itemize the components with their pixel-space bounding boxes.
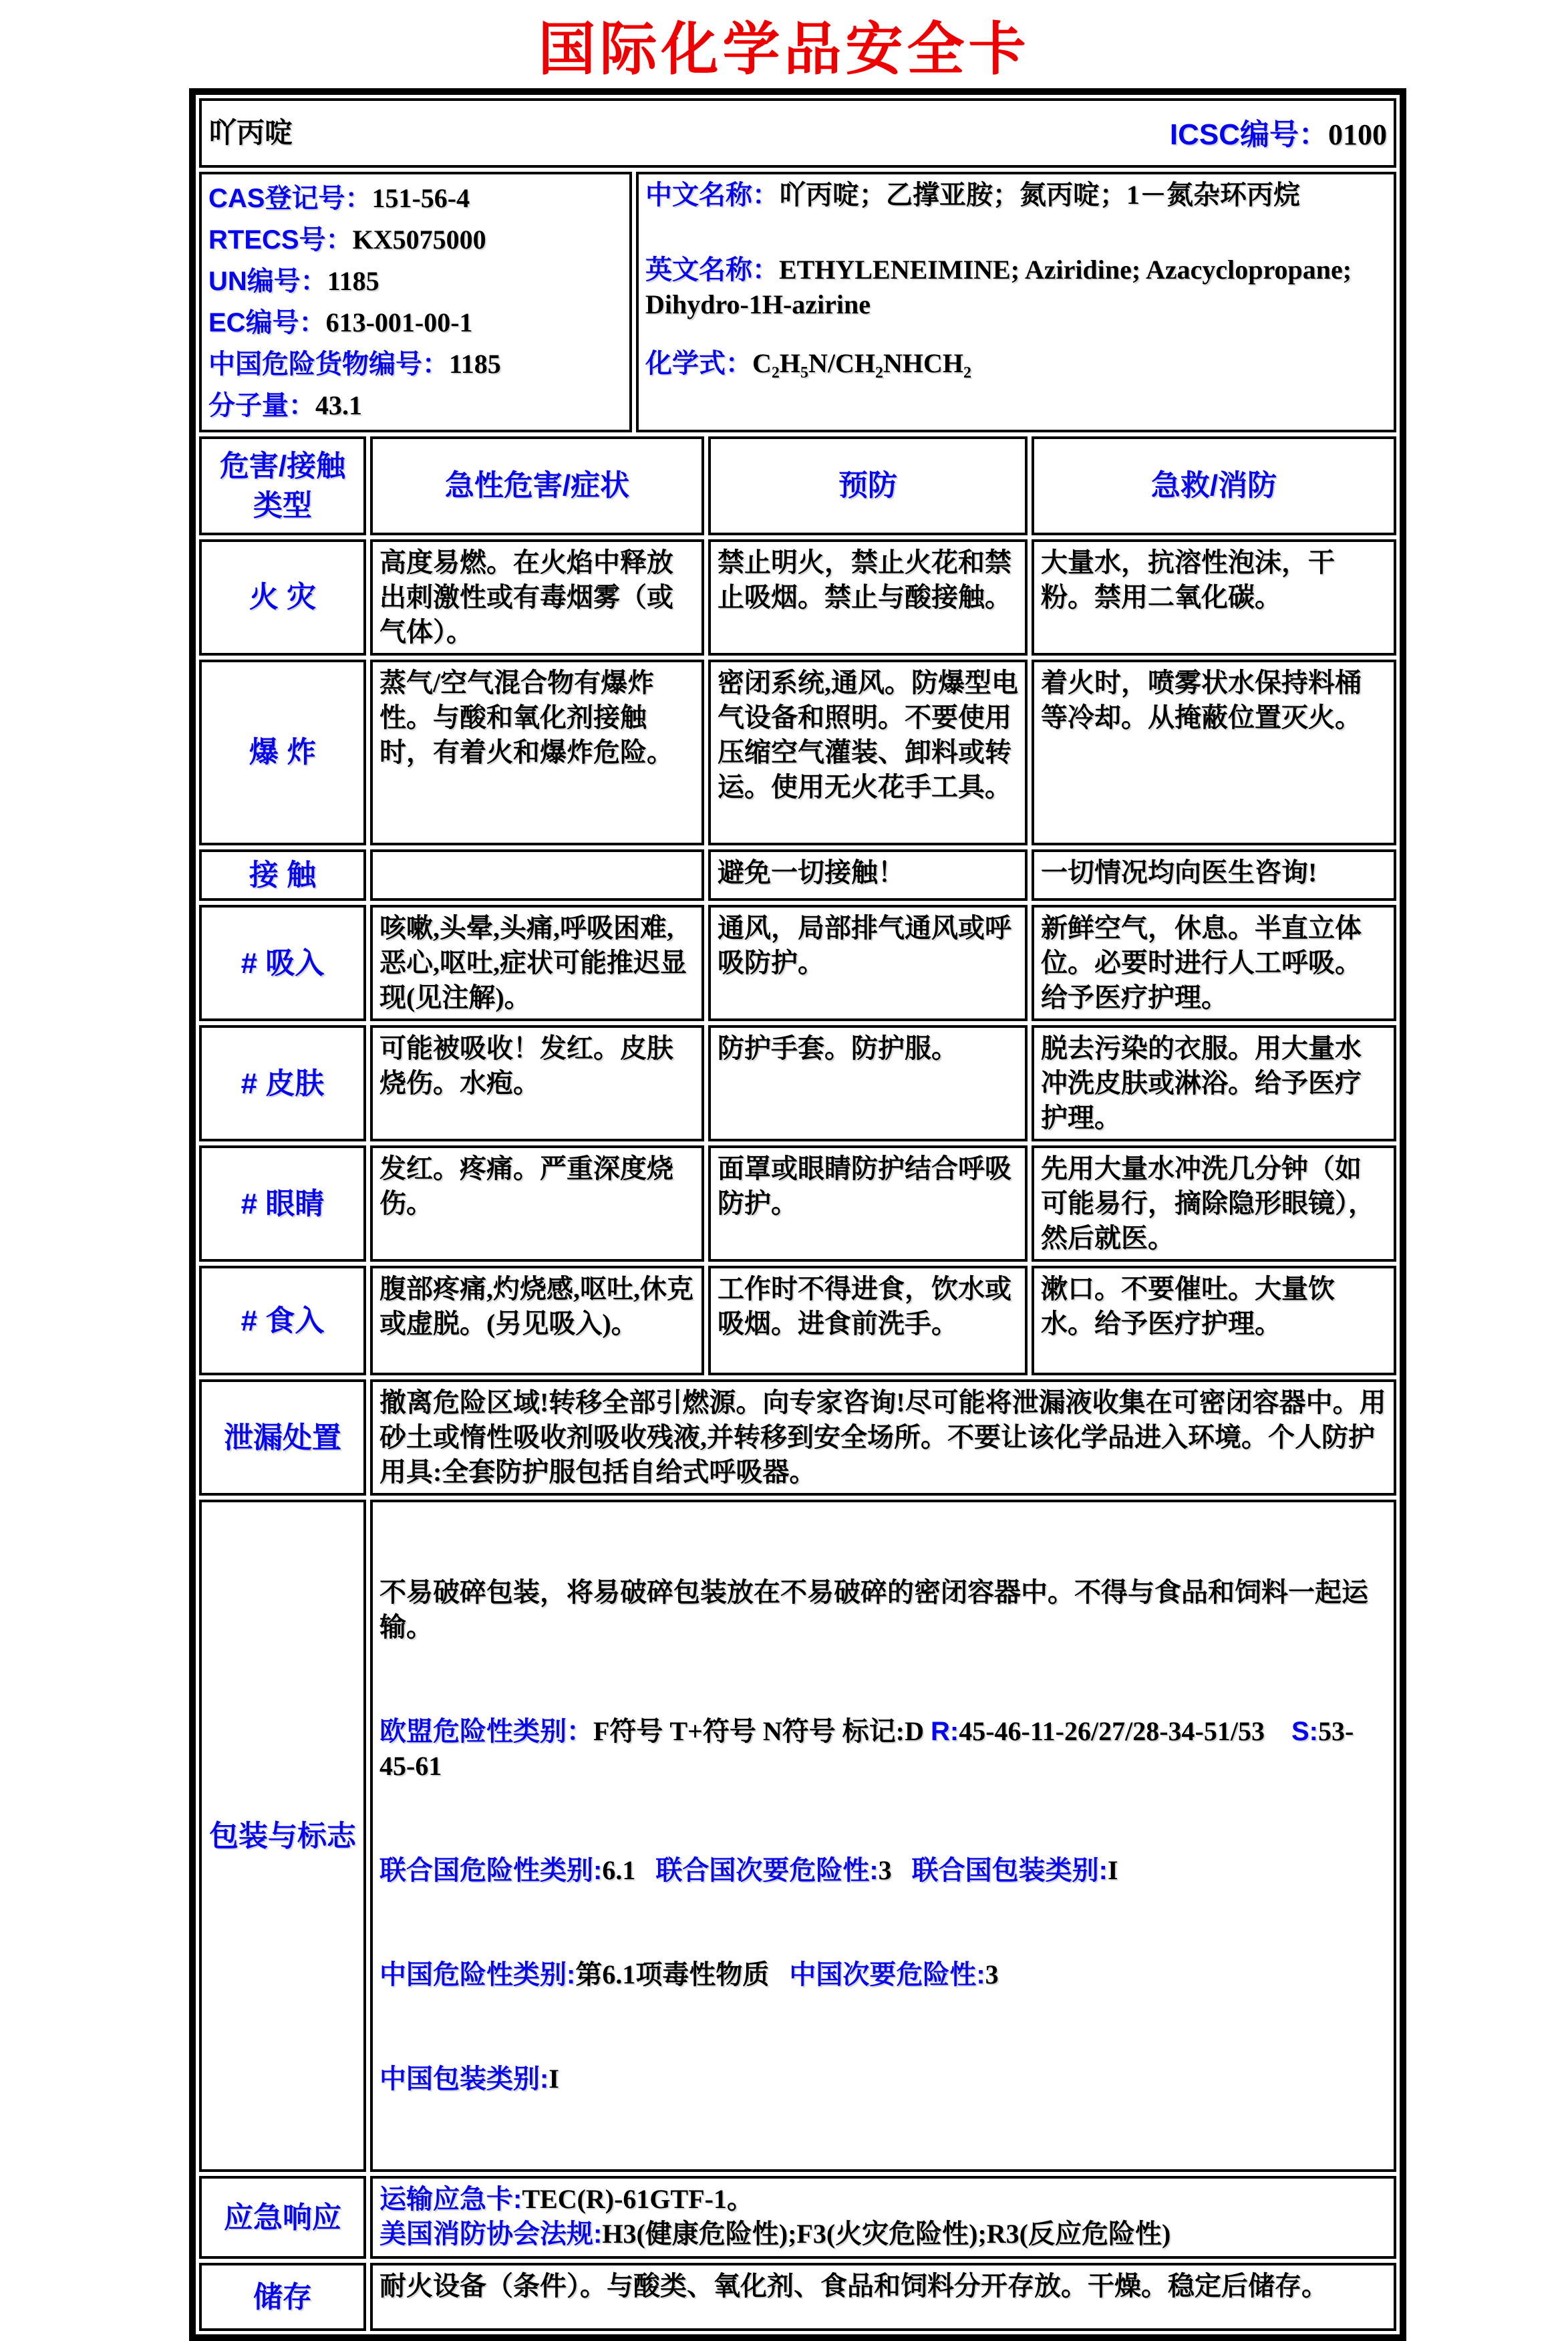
table-row-spill: 泄漏处置 撤离危险区域!转移全部引燃源。向专家咨询!尽可能将泄漏液收集在可密闭容… (199, 1379, 1396, 1496)
icsc-number-field: ICSC编号：0100 (1170, 116, 1387, 154)
china-dg-number: 中国危险货物编号：1185 (208, 343, 623, 385)
ec-number: EC编号：613-001-00-1 (208, 302, 623, 343)
row-label: # 吸入 (199, 905, 366, 1021)
eyes-symptoms: 发红。疼痛。严重深度烧伤。 (370, 1145, 704, 1262)
table-row-inhalation: # 吸入 咳嗽,头晕,头痛,呼吸困难,恶心,呕吐,症状可能推迟显现(见注解)。 … (199, 905, 1396, 1021)
exposure-prevention: 避免一切接触！ (708, 849, 1028, 901)
cn-packing-group: 中国包装类别:I (379, 2062, 1387, 2096)
ingestion-prevention: 工作时不得进食，饮水或吸烟。进食前洗手。 (708, 1266, 1028, 1375)
molecular-weight: 分子量：43.1 (208, 385, 623, 426)
eyes-first-aid: 先用大量水冲洗几分钟（如可能易行，摘除隐形眼镜），然后就医。 (1032, 1145, 1396, 1262)
eu-classification: 欧盟危险性类别：F符号 T+符号 N符号 标记:D R:45-46-11-26/… (379, 1714, 1387, 1784)
icsc-safety-card-page: { "page": { "title": "国际化学品安全卡" }, "head… (0, 0, 1568, 2092)
header-hazard-type: 危害/接触类型 (199, 436, 366, 535)
row-label: 应急响应 (199, 2176, 366, 2259)
info-row: CAS登记号：151-56-4 RTECS号：KX5075000 UN编号：11… (199, 172, 1396, 432)
exposure-symptoms (370, 849, 704, 901)
safety-card: 吖丙啶 ICSC编号：0100 CAS登记号：151-56-4 RTECS号：K… (189, 88, 1406, 2341)
table-row-emergency: 应急响应 运输应急卡:TEC(R)-61GTF-1。 美国消防协会法规:H3(健… (199, 2176, 1396, 2259)
icsc-label: ICSC编号： (1170, 118, 1328, 151)
page-title: 国际化学品安全卡 (0, 0, 1568, 86)
un-classification: 联合国危险性类别:6.1 联合国次要危险性:3 联合国包装类别:I (379, 1853, 1387, 1888)
explosion-symptoms: 蒸气/空气混合物有爆炸性。与酸和氧化剂接触时，有着火和爆炸危险。 (370, 660, 704, 845)
table-row-exposure: 接 触 避免一切接触！ 一切情况均向医生咨询! (199, 849, 1396, 901)
hazard-header-row: 危害/接触类型 急性危害/症状 预防 急救/消防 (199, 436, 1396, 535)
table-row-explosion: 爆 炸 蒸气/空气混合物有爆炸性。与酸和氧化剂接触时，有着火和爆炸危险。 密闭系… (199, 660, 1396, 845)
ingestion-first-aid: 漱口。不要催吐。大量饮水。给予医疗护理。 (1032, 1266, 1396, 1375)
row-label: 泄漏处置 (199, 1379, 366, 1496)
chemical-formula: 化学式：C₂H₅N/CH₂NHCH₂ (645, 346, 1387, 381)
inhalation-prevention: 通风，局部排气通风或呼吸防护。 (708, 905, 1028, 1021)
header-first-aid: 急救/消防 (1032, 436, 1396, 535)
transport-emergency-card: 运输应急卡:TEC(R)-61GTF-1。 (379, 2182, 1387, 2217)
name-cell: 吖丙啶 ICSC编号：0100 (199, 98, 1396, 168)
table-row-eyes: # 眼睛 发红。疼痛。严重深度烧伤。 面罩或眼睛防护结合呼吸防护。 先用大量水冲… (199, 1145, 1396, 1262)
packaging-text: 不易破碎包装，将易破碎包装放在不易破碎的密闭容器中。不得与食品和饲料一起运输。 … (370, 1500, 1396, 2172)
name-row: 吖丙啶 ICSC编号：0100 (199, 98, 1396, 168)
ingestion-symptoms: 腹部疼痛,灼烧感,呕吐,休克或虚脱。(另见吸入)。 (370, 1266, 704, 1375)
icsc-number: 0100 (1328, 118, 1387, 151)
row-label: # 食入 (199, 1266, 366, 1375)
table-row-storage: 储存 耐火设备（条件）。与酸类、氧化剂、食品和饲料分开存放。干燥。稳定后储存。 (199, 2263, 1396, 2331)
packaging-line1: 不易破碎包装，将易破碎包装放在不易破碎的密闭容器中。不得与食品和饲料一起运输。 (379, 1575, 1387, 1645)
inhalation-symptoms: 咳嗽,头晕,头痛,呼吸困难,恶心,呕吐,症状可能推迟显现(见注解)。 (370, 905, 704, 1021)
fire-first-aid: 大量水，抗溶性泡沫，干粉。禁用二氧化碳。 (1032, 539, 1396, 656)
inhalation-first-aid: 新鲜空气，休息。半直立体位。必要时进行人工呼吸。给予医疗护理。 (1032, 905, 1396, 1021)
spill-text: 撤离危险区域!转移全部引燃源。向专家咨询!尽可能将泄漏液收集在可密闭容器中。用砂… (370, 1379, 1396, 1496)
rtecs-number: RTECS号：KX5075000 (208, 219, 623, 261)
row-label: # 皮肤 (199, 1025, 366, 1141)
row-label: 包装与标志 (199, 1500, 366, 2172)
table-row-skin: # 皮肤 可能被吸收！发红。皮肤烧伤。水疱。 防护手套。防护服。 脱去污染的衣服… (199, 1025, 1396, 1141)
skin-symptoms: 可能被吸收！发红。皮肤烧伤。水疱。 (370, 1025, 704, 1141)
cn-classification: 中国危险性类别:第6.1项毒性物质 中国次要危险性:3 (379, 1957, 1387, 1992)
eyes-prevention: 面罩或眼睛防护结合呼吸防护。 (708, 1145, 1028, 1262)
explosion-prevention: 密闭系统,通风。防爆型电气设备和照明。不要使用压缩空气灌装、卸料或转运。使用无火… (708, 660, 1028, 845)
exposure-first-aid: 一切情况均向医生咨询! (1032, 849, 1396, 901)
chemical-name: 吖丙啶 (208, 116, 293, 152)
identifiers-cell: CAS登记号：151-56-4 RTECS号：KX5075000 UN编号：11… (199, 172, 632, 432)
row-label: 火 灾 (199, 539, 366, 656)
english-names: 英文名称：ETHYLENEIMINE; Aziridine; Azacyclop… (645, 253, 1387, 322)
nfpa-code: 美国消防协会法规:H3(健康危险性);F3(火灾危险性);R3(反应危险性) (379, 2217, 1387, 2251)
row-label: # 眼睛 (199, 1145, 366, 1262)
skin-prevention: 防护手套。防护服。 (708, 1025, 1028, 1141)
table-row-fire: 火 灾 高度易燃。在火焰中释放出刺激性或有毒烟雾（或气体）。 禁止明火，禁止火花… (199, 539, 1396, 656)
header-acute-symptoms: 急性危害/症状 (370, 436, 704, 535)
table-row-packaging: 包装与标志 不易破碎包装，将易破碎包装放在不易破碎的密闭容器中。不得与食品和饲料… (199, 1500, 1396, 2172)
header-prevention: 预防 (708, 436, 1028, 535)
cas-number: CAS登记号：151-56-4 (208, 178, 623, 219)
un-number: UN编号：1185 (208, 261, 623, 302)
emergency-text: 运输应急卡:TEC(R)-61GTF-1。 美国消防协会法规:H3(健康危险性)… (370, 2176, 1396, 2259)
names-cell: 中文名称：吖丙啶；乙撑亚胺；氮丙啶；1－氮杂环丙烷 英文名称：ETHYLENEI… (636, 172, 1396, 432)
chinese-names: 中文名称：吖丙啶；乙撑亚胺；氮丙啶；1－氮杂环丙烷 (645, 178, 1387, 213)
explosion-first-aid: 着火时，喷雾状水保持料桶等冷却。从掩蔽位置灭火。 (1032, 660, 1396, 845)
fire-prevention: 禁止明火，禁止火花和禁止吸烟。禁止与酸接触。 (708, 539, 1028, 656)
skin-first-aid: 脱去污染的衣服。用大量水冲洗皮肤或淋浴。给予医疗护理。 (1032, 1025, 1396, 1141)
row-label: 储存 (199, 2263, 366, 2331)
storage-text: 耐火设备（条件）。与酸类、氧化剂、食品和饲料分开存放。干燥。稳定后储存。 (370, 2263, 1396, 2331)
row-label: 接 触 (199, 849, 366, 901)
table-row-ingestion: # 食入 腹部疼痛,灼烧感,呕吐,休克或虚脱。(另见吸入)。 工作时不得进食，饮… (199, 1266, 1396, 1375)
row-label: 爆 炸 (199, 660, 366, 845)
fire-symptoms: 高度易燃。在火焰中释放出刺激性或有毒烟雾（或气体）。 (370, 539, 704, 656)
